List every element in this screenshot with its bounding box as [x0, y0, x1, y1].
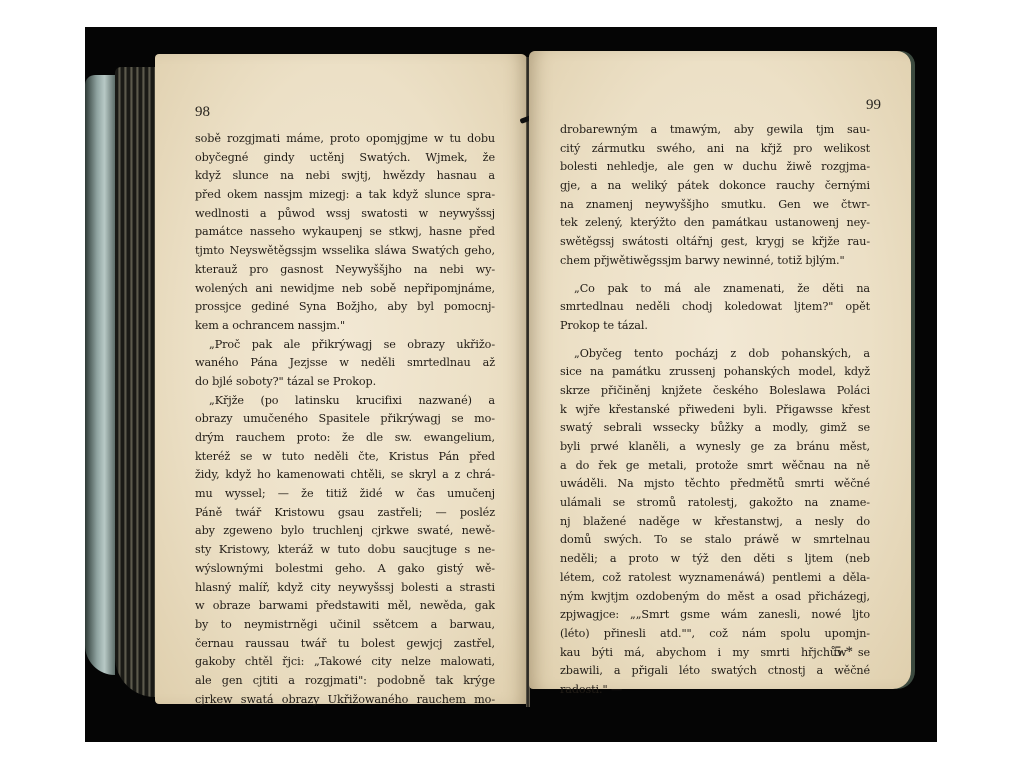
page-number-left: 98 — [195, 104, 210, 121]
text-line: domů swých. To se stalo práwě w smrtelna… — [560, 531, 870, 550]
book-cover-edge — [85, 75, 115, 675]
text-line: wedlnosti a půwod wssj swatosti w neywyš… — [195, 205, 495, 224]
text-line: cjrkew swatá obrazy Ukřižowaného rauchem… — [195, 691, 495, 710]
text-line: ale gen cjtiti a rozgjmati": podobně tak… — [195, 672, 495, 691]
text-line: „Co pak to má ale znamenati, že děti na — [560, 280, 870, 299]
left-page: 98 sobě rozgjmati máme, proto opomjgjme … — [155, 54, 527, 704]
text-line: „Obyčeg tento pocházj z dob pohanských, … — [560, 345, 870, 364]
text-line: na znamenj neywyššjho smutku. Gen we čtw… — [560, 196, 870, 215]
book-photograph: 98 sobě rozgjmati máme, proto opomjgjme … — [85, 27, 937, 742]
text-line: w obraze barwami předstawiti měl, newěda… — [195, 597, 495, 616]
text-line: wolených ani newidjme neb sobě nepřipomj… — [195, 280, 495, 299]
text-line: byli prwé klaněli, a wynesly ge za bránu… — [560, 438, 870, 457]
text-line: „Proč pak ale přikrýwagj se obrazy ukřiž… — [195, 336, 495, 355]
right-page-text: drobarewným a tmawým, aby gewila tjm sau… — [560, 121, 870, 700]
text-line: wýslownými bolestmi geho. A gako gistý w… — [195, 560, 495, 579]
text-line: neděli; a proto w týž den děti s ljtem (… — [560, 550, 870, 569]
text-line: nj blažené naděge w křestanstwj, a nesly… — [560, 513, 870, 532]
text-line: obyčegné gindy uctěnj Swatých. Wjmek, že — [195, 149, 495, 168]
text-line: hlasný malíř, když city neywyšssj bolest… — [195, 579, 495, 598]
text-line: sobě rozgjmati máme, proto opomjgjme w t… — [195, 130, 495, 149]
text-line: když slunce na nebi swjtj, hwězdy hasnau… — [195, 167, 495, 186]
text-line: drým rauchem proto: že dle sw. ewangeliu… — [195, 429, 495, 448]
text-line: zpjwagjce: „„Smrt gsme wám zanesli, nowé… — [560, 606, 870, 625]
text-line: prossjce gediné Syna Božjho, aby byl pom… — [195, 298, 495, 317]
text-line: Páně twář Kristowu gsau zastřeli; — posl… — [195, 504, 495, 523]
text-line: tjmto Neyswětěgssjm wsselika sláwa Swatý… — [195, 242, 495, 261]
text-line: zbawili, a přigali léto swatých ctnostj … — [560, 662, 870, 681]
text-line: létem, což ratolest wyznamenáwá) pentlem… — [560, 569, 870, 588]
text-line: radosti." — — [560, 681, 870, 700]
text-line: gakoby chtěl řjci: „Takowé city nelze ma… — [195, 653, 495, 672]
text-line: (léto) přinesli atd."", což nám spolu up… — [560, 625, 870, 644]
text-line: „Křjže (po latinsku krucifixi nazwané) a — [195, 392, 495, 411]
text-line: drobarewným a tmawým, aby gewila tjm sau… — [560, 121, 870, 140]
text-line: kau býti má, abychom i my smrti hřjchůw … — [560, 644, 870, 663]
text-line: Prokop te tázal. — [560, 317, 870, 336]
text-line: a do řek ge metali, protože smrt wěčnau … — [560, 457, 870, 476]
text-line: aby zgeweno bylo truchlenj cjrkwe swaté,… — [195, 522, 495, 541]
text-line: kem a ochrancem nassjm." — [195, 317, 495, 336]
signature-mark: 5 * — [834, 644, 853, 661]
text-line: ným kwjtjm ozdobeným do měst a osad přic… — [560, 588, 870, 607]
text-line: k wjře křestanské přiwedeni byli. Přigaw… — [560, 401, 870, 420]
text-line: tek zelený, kterýžto den památkau ustano… — [560, 214, 870, 233]
text-line: by to neymistrněgi učinil ssětcem a barw… — [195, 616, 495, 635]
text-line: uwáděli. Na mjsto těchto předmětů smrti … — [560, 475, 870, 494]
paragraph-gap — [560, 271, 870, 280]
text-line: bolesti nehledje, ale gen w duchu žiwě r… — [560, 158, 870, 177]
text-line: kteréž se w tuto neděli čte, Kristus Pán… — [195, 448, 495, 467]
text-line: před okem nassjm mizegj: a tak když slun… — [195, 186, 495, 205]
left-page-text: sobě rozgjmati máme, proto opomjgjme w t… — [195, 130, 495, 709]
text-line: swatý sebrali wssecky bůžky a modly, gim… — [560, 419, 870, 438]
text-line: černau raussau twář tu bolest gewjcj zas… — [195, 635, 495, 654]
text-line: chem přjwětiwěgssjm barwy newinné, totiž… — [560, 252, 870, 271]
text-line: sty Kristowy, kteráž w tuto dobu saucjtu… — [195, 541, 495, 560]
text-line: waného Pána Jezjsse w neděli smrtedlnau … — [195, 354, 495, 373]
text-line: smrtedlnau neděli chodj koledowat ljtem?… — [560, 298, 870, 317]
text-line: památce nasseho wykaupenj se stkwj, hasn… — [195, 223, 495, 242]
text-line: skrze přičiněnj knjžete českého Boleslaw… — [560, 382, 870, 401]
text-line: kterauž pro gasnost Neywyššjho na nebi w… — [195, 261, 495, 280]
text-line: mu wyssel; — že titiž židé w čas umučenj — [195, 485, 495, 504]
text-line: citý zármutku swého, ani na křjž pro wel… — [560, 140, 870, 159]
text-line: ulámali se stromů ratolestj, gakožto na … — [560, 494, 870, 513]
page-block-edge — [115, 67, 157, 697]
text-line: gje, a na weliký pátek dokonce rauchy če… — [560, 177, 870, 196]
page-number-right: 99 — [866, 97, 881, 114]
text-line: do bjlé soboty?" tázal se Prokop. — [195, 373, 495, 392]
right-page: 99 drobarewným a tmawým, aby gewila tjm … — [529, 51, 911, 689]
text-line: obrazy umučeného Spasitele přikrýwagj se… — [195, 410, 495, 429]
text-line: sice na památku zrussenj pohanských mode… — [560, 363, 870, 382]
paragraph-gap — [560, 336, 870, 345]
text-line: swětěgssj swátosti oltářnj gest, krygj s… — [560, 233, 870, 252]
text-line: židy, když ho kamenowati chtěli, se skry… — [195, 466, 495, 485]
